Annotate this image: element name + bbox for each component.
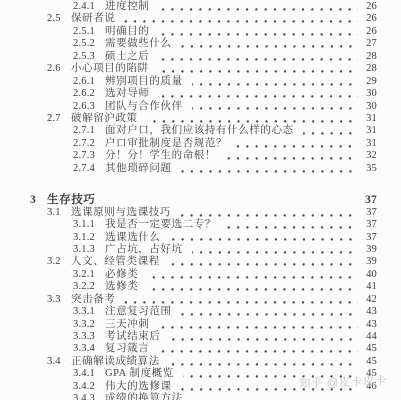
- toc-dot-leader: [187, 76, 358, 88]
- toc-entry-number: 3.1: [47, 207, 71, 219]
- toc-entry-page: 32: [363, 150, 377, 162]
- toc-entry-title: 辨别项目的质量: [105, 76, 183, 88]
- toc-entry-title: 需要做些什么: [105, 38, 172, 50]
- toc-row: 3.3.1 注意复习范围 43: [0, 306, 401, 318]
- toc-entry-page: 37: [363, 219, 377, 231]
- toc-dot-leader: [165, 232, 359, 244]
- toc-entry-page: 39: [363, 256, 377, 268]
- toc-entry-page: 26: [363, 1, 377, 13]
- toc-entry-title: 广占坑，占好坑: [105, 244, 183, 256]
- toc-row: 2.7 破解留沪政策 31: [0, 113, 401, 125]
- toc-entry-title: 选修类: [105, 281, 138, 293]
- toc-entry-number: 3.2: [47, 256, 71, 268]
- toc-entry-page: 26: [363, 13, 377, 25]
- toc-row: 3.4.1 GPA 制度概览 45: [0, 368, 401, 380]
- toc-entry-title: 正确解读成绩算法: [71, 356, 160, 368]
- toc-entry-page: 40: [363, 269, 377, 281]
- toc-dot-leader: [153, 319, 358, 331]
- toc-dot-leader: [178, 368, 358, 380]
- toc-entry-number: 2.5: [47, 13, 71, 25]
- toc-entry-title: 保研者说: [71, 13, 115, 25]
- toc-entry-title: 进度控制: [105, 1, 149, 13]
- toc-entry-title: 选课选什么: [105, 232, 161, 244]
- toc-entry-title: 三天冲刺: [105, 319, 149, 331]
- toc-dot-leader: [119, 294, 358, 306]
- toc-entry-number: 3.1.2: [73, 232, 105, 244]
- toc-entry-page: 27: [363, 38, 377, 50]
- toc-entry-page: 43: [363, 319, 377, 331]
- toc-entry-page: 31: [363, 138, 377, 150]
- toc-entry-title: 选对导师: [105, 88, 149, 100]
- toc-rows: 2.4.1 进度控制 26 2.5 保研者说 26 2.5.1 明确目的 26 …: [0, 1, 401, 400]
- toc-row: 3.1.2 选课选什么 37: [0, 232, 401, 244]
- toc-entry-title: 破解留沪政策: [71, 113, 138, 125]
- toc-entry-page: 31: [363, 125, 377, 137]
- toc-entry-title: 注意复习范围: [105, 306, 172, 318]
- toc-entry-title: 户口审批制度是否规范？: [105, 138, 227, 150]
- toc-entry-page: 30: [363, 88, 377, 100]
- toc-row: 3.1 选课原则与选课技巧 37: [0, 207, 401, 219]
- toc-entry-title: 小心项目的陷阱: [71, 63, 149, 75]
- toc-row: 2.6.2 选对导师 30: [0, 88, 401, 100]
- toc-entry-number: 3.1.1: [73, 219, 105, 231]
- toc-entry-page: 28: [363, 51, 377, 63]
- toc-dot-leader: [176, 381, 358, 393]
- toc-entry-title: 必修类: [105, 269, 138, 281]
- toc-dot-leader: [187, 101, 358, 113]
- toc-entry-number: 3.4.2: [73, 381, 105, 393]
- toc-entry-title: 突击备考: [71, 294, 115, 306]
- toc-dot-leader: [165, 331, 359, 343]
- toc-entry-page: 44: [363, 331, 377, 343]
- toc-entry-number: 2.7.4: [73, 163, 105, 175]
- toc-dot-leader: [176, 38, 358, 50]
- toc-entry-page: 26: [363, 26, 377, 38]
- toc-dot-leader: [153, 51, 358, 63]
- toc-entry-number: 3.2.2: [73, 281, 105, 293]
- toc-dot-leader: [153, 63, 358, 75]
- toc-entry-title: 成绩的换算方法: [105, 393, 183, 400]
- toc-entry-number: 3.4.3: [73, 393, 105, 400]
- toc-row: 3.4.3 成绩的换算方法: [0, 393, 401, 400]
- toc-row: 3.1.3 广占坑，占好坑 39: [0, 244, 401, 256]
- toc-entry-number: 2.7.1: [73, 125, 105, 137]
- toc-row: 3.1.1 我是否一定要选二专？ 37: [0, 219, 401, 231]
- toc-entry-number: 2.6.2: [73, 88, 105, 100]
- toc-entry-number: 3.3.3: [73, 331, 105, 343]
- toc-entry-number: 2.6: [47, 63, 71, 75]
- toc-row: 2.5.2 需要做些什么 27: [0, 38, 401, 50]
- toc-entry-title: GPA 制度概览: [105, 368, 174, 380]
- toc-dot-leader: [164, 356, 358, 368]
- toc-dot-leader: [187, 244, 358, 256]
- toc-dot-leader: [220, 219, 358, 231]
- toc-entry-title: 人文、经管类课程: [71, 256, 160, 268]
- toc-entry-number: 2.7: [47, 113, 71, 125]
- toc-row: 3.2.1 必修类 40: [0, 269, 401, 281]
- toc-entry-number: 3.3.2: [73, 319, 105, 331]
- toc-dot-leader: [187, 393, 358, 400]
- toc-entry-page: 37: [363, 193, 377, 207]
- toc-entry-number: 3.4.1: [73, 368, 105, 380]
- toc-dot-leader: [142, 281, 358, 293]
- toc-entry-page: 45: [363, 356, 377, 368]
- toc-entry-number: 3: [30, 193, 47, 207]
- toc-row: 2.6.3 团队与合作伙伴 30: [0, 101, 401, 113]
- toc-entry-page: 29: [363, 76, 377, 88]
- toc-row: 3.3.2 三天冲刺 43: [0, 319, 401, 331]
- toc-dot-leader: [142, 113, 358, 125]
- toc-row: 2.5.1 明确目的 26: [0, 26, 401, 38]
- toc-entry-title: 团队与合作伙伴: [105, 101, 183, 113]
- toc-dot-leader: [119, 13, 358, 25]
- toc-entry-number: 2.6.1: [73, 76, 105, 88]
- toc-entry-number: 3.4: [47, 356, 71, 368]
- toc-dot-leader: [164, 256, 358, 268]
- toc-row: 2.7.3 分！分！学生的命根！ 32: [0, 150, 401, 162]
- toc-dot-leader: [142, 269, 358, 281]
- toc-entry-number: 2.6.3: [73, 101, 105, 113]
- toc-entry-number: 3.3.1: [73, 306, 105, 318]
- toc-row: 3.2.2 选修类 41: [0, 281, 401, 293]
- toc-dot-leader: [176, 163, 358, 175]
- toc-row: 3.4.2 伟大的选修课 46: [0, 381, 401, 393]
- toc-entry-title: 明确目的: [105, 26, 149, 38]
- toc-row: 2.5 保研者说 26: [0, 13, 401, 25]
- toc-dot-leader: [220, 150, 358, 162]
- toc-entry-title: 复习箴言: [105, 343, 149, 355]
- toc-dot-leader: [175, 207, 358, 219]
- toc-row: 3.2 人文、经管类课程 39: [0, 256, 401, 268]
- toc-entry-number: 2.5.3: [73, 51, 105, 63]
- toc-entry-title: 生存技巧: [47, 193, 95, 207]
- toc-dot-leader: [153, 343, 358, 355]
- toc-entry-number: 2.5.1: [73, 26, 105, 38]
- toc-entry-title: 我是否一定要选二专？: [105, 219, 216, 231]
- toc-dot-leader: [176, 306, 358, 318]
- toc-row: 2.7.2 户口审批制度是否规范？ 31: [0, 138, 401, 150]
- toc-entry-page: 37: [363, 232, 377, 244]
- toc-entry-number: 3.3: [47, 294, 71, 306]
- toc-entry-title: 硕士之后: [105, 51, 149, 63]
- toc-entry-page: 46: [363, 381, 377, 393]
- toc-entry-number: 2.7.3: [73, 150, 105, 162]
- toc-entry-page: 28: [363, 63, 377, 75]
- toc-entry-title: 其他琐碎问题: [105, 163, 172, 175]
- toc-entry-title: 伟大的选修课: [105, 381, 172, 393]
- toc-entry-number: 3.3.4: [73, 343, 105, 355]
- toc-entry-title: 考试结束后: [105, 331, 161, 343]
- toc-row: 2.4.1 进度控制 26: [0, 1, 401, 13]
- toc-dot-leader: [231, 138, 358, 150]
- toc-entry-number: 3.2.1: [73, 269, 105, 281]
- toc-entry-number: 3.1.3: [73, 244, 105, 256]
- toc-dot-leader: [153, 1, 358, 13]
- toc-entry-title: 面对户口，我们应该持有什么样的心态: [105, 125, 294, 137]
- toc-entry-title: 选课原则与选课技巧: [71, 207, 171, 219]
- toc-entry-page: 42: [363, 294, 377, 306]
- toc-entry-page: 45: [363, 368, 377, 380]
- toc-row: 2.7.1 面对户口，我们应该持有什么样的心态 31: [0, 125, 401, 137]
- toc-dot-leader: [153, 88, 358, 100]
- toc-entry-page: 37: [363, 207, 377, 219]
- toc-entry-number: 2.7.2: [73, 138, 105, 150]
- toc-row: 2.6.1 辨别项目的质量 29: [0, 76, 401, 88]
- toc-row: 2.7.4 其他琐碎问题 35: [0, 163, 401, 175]
- toc-row: 3 生存技巧 37: [0, 193, 401, 207]
- toc-entry-page: 35: [363, 163, 377, 175]
- toc-row: 3.3 突击备考 42: [0, 294, 401, 306]
- toc-page: 2.4.1 进度控制 26 2.5 保研者说 26 2.5.1 明确目的 26 …: [0, 0, 401, 400]
- toc-row: 3.3.4 复习箴言 45: [0, 343, 401, 355]
- toc-dot-leader: [99, 193, 358, 207]
- toc-entry-number: 2.4.1: [73, 1, 105, 13]
- toc-entry-page: 45: [363, 343, 377, 355]
- toc-entry-page: 41: [363, 281, 377, 293]
- toc-entry-number: 2.5.2: [73, 38, 105, 50]
- toc-dot-leader: [298, 125, 358, 137]
- toc-entry-page: 39: [363, 244, 377, 256]
- toc-entry-page: 31: [363, 113, 377, 125]
- toc-entry-title: 分！分！学生的命根！: [105, 150, 216, 162]
- toc-row: 2.5.3 硕士之后 28: [0, 51, 401, 63]
- toc-entry-page: 43: [363, 306, 377, 318]
- toc-row: 3.3.3 考试结束后 44: [0, 331, 401, 343]
- toc-row: 2.6 小心项目的陷阱 28: [0, 63, 401, 75]
- toc-dot-leader: [153, 26, 358, 38]
- toc-entry-page: 30: [363, 101, 377, 113]
- toc-row: 3.4 正确解读成绩算法 45: [0, 356, 401, 368]
